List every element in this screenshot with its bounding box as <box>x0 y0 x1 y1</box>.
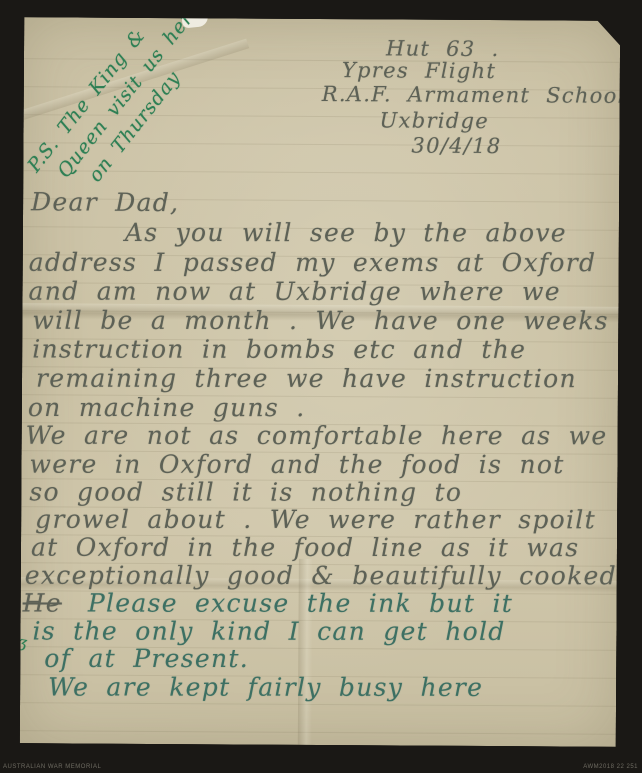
handwritten-line: will be a month . We have one weeks <box>32 307 608 335</box>
address-line-school: R.A.F. Armament School <box>322 82 626 108</box>
scanned-letter-page: P.S. The King & Queen visit us here on T… <box>0 0 642 773</box>
handwritten-line: instruction in bombs etc and the <box>32 336 526 363</box>
address-line-hut: Hut 63 . <box>386 36 500 61</box>
handwritten-line: address I passed my exems at Oxford <box>29 249 597 276</box>
salutation: Dear Dad, <box>31 187 179 217</box>
handwritten-line: were in Oxford and the food is not <box>29 451 564 478</box>
date-line: 30/4/18 <box>411 134 501 159</box>
letter-paper: P.S. The King & Queen visit us here on T… <box>20 17 620 747</box>
handwritten-line: is the only kind I can get hold <box>32 617 505 644</box>
handwritten-line: As you will see by the above <box>125 219 567 246</box>
handwritten-line: We are not as comfortable here as we <box>26 422 608 450</box>
crossed-out-word: He <box>23 588 62 617</box>
address-line-town: Uxbridge <box>380 108 490 133</box>
handwritten-line: We are kept fairly busy here <box>48 673 483 700</box>
address-line-flight: Ypres Flight <box>342 58 496 83</box>
handwritten-line: exceptionally good & beautifully cooked. <box>25 562 626 590</box>
handwritten-line: so good still it is nothing to <box>29 478 462 505</box>
handwritten-line: on machine guns . <box>28 394 306 421</box>
handwritten-line: at Oxford in the food line as it was <box>31 534 579 561</box>
archive-watermark: AUSTRALIAN WAR MEMORIAL <box>3 764 101 770</box>
handwritten-line: remaining three we have instruction <box>36 365 577 392</box>
handwritten-line: growel about . We were rather spoilt <box>35 506 596 533</box>
handwritten-line: and am now at Uxbridge where we <box>29 278 561 305</box>
handwritten-line: HePlease excuse the ink but it <box>23 589 514 616</box>
archive-id-watermark: AWM2018 22 251 <box>583 764 638 770</box>
line-text: Please excuse the ink but it <box>88 589 513 618</box>
handwritten-line: of at Present. <box>44 645 249 672</box>
